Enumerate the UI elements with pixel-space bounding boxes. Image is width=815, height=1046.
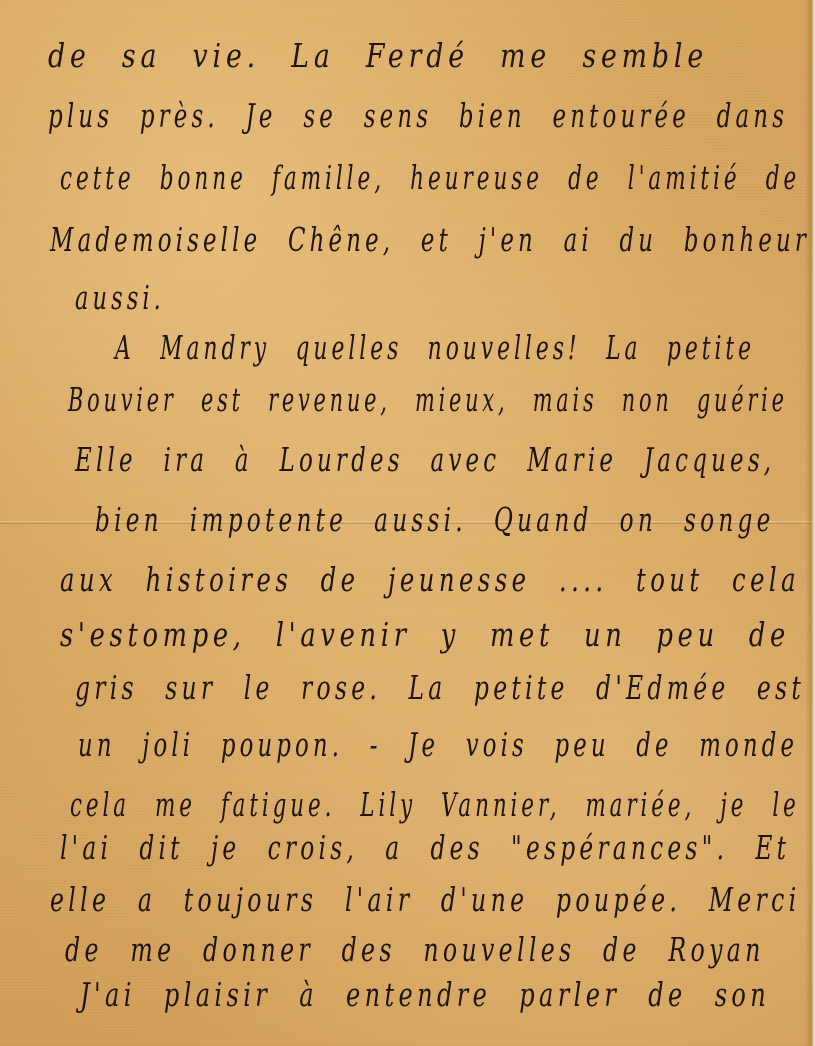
letter-line-15: l'ai dit je crois, a des "espérances". E… [60, 828, 790, 867]
letter-line-17: de me donner des nouvelles de Royan [65, 930, 765, 969]
letter-line-1: de sa vie. La Ferdé me semble [48, 36, 708, 75]
letter-line-9: bien impotente aussi. Quand on songe [95, 500, 775, 539]
letter-line-6: A Mandry quelles nouvelles! La petite [115, 328, 755, 367]
letter-line-18: J'ai plaisir à entendre parler de son [80, 975, 770, 1014]
letter-page: de sa vie. La Ferdé me semble plus près.… [0, 0, 815, 1046]
letter-line-10: aux histoires de jeunesse .... tout cela [60, 560, 800, 599]
letter-line-7: Bouvier est revenue, mieux, mais non gué… [68, 380, 788, 419]
letter-line-13: un joli poupon. - Je vois peu de monde [78, 725, 798, 764]
letter-line-3: cette bonne famille, heureuse de l'amiti… [60, 158, 800, 197]
paper-edge [805, 0, 815, 1046]
letter-line-16: elle a toujours l'air d'une poupée. Merc… [50, 880, 800, 919]
letter-line-4: Mademoiselle Chêne, et j'en ai du bonheu… [50, 220, 810, 259]
letter-line-5: aussi. [75, 278, 165, 317]
letter-line-8: Elle ira à Lourdes avec Marie Jacques, [75, 440, 775, 479]
letter-line-14: cela me fatigue. Lily Vannier, mariée, j… [70, 785, 800, 824]
letter-line-2: plus près. Je se sens bien entourée dans [48, 96, 788, 135]
letter-line-12: gris sur le rose. La petite d'Edmée est [75, 668, 805, 707]
letter-line-11: s'estompe, l'avenir y met un peu de [60, 615, 790, 654]
